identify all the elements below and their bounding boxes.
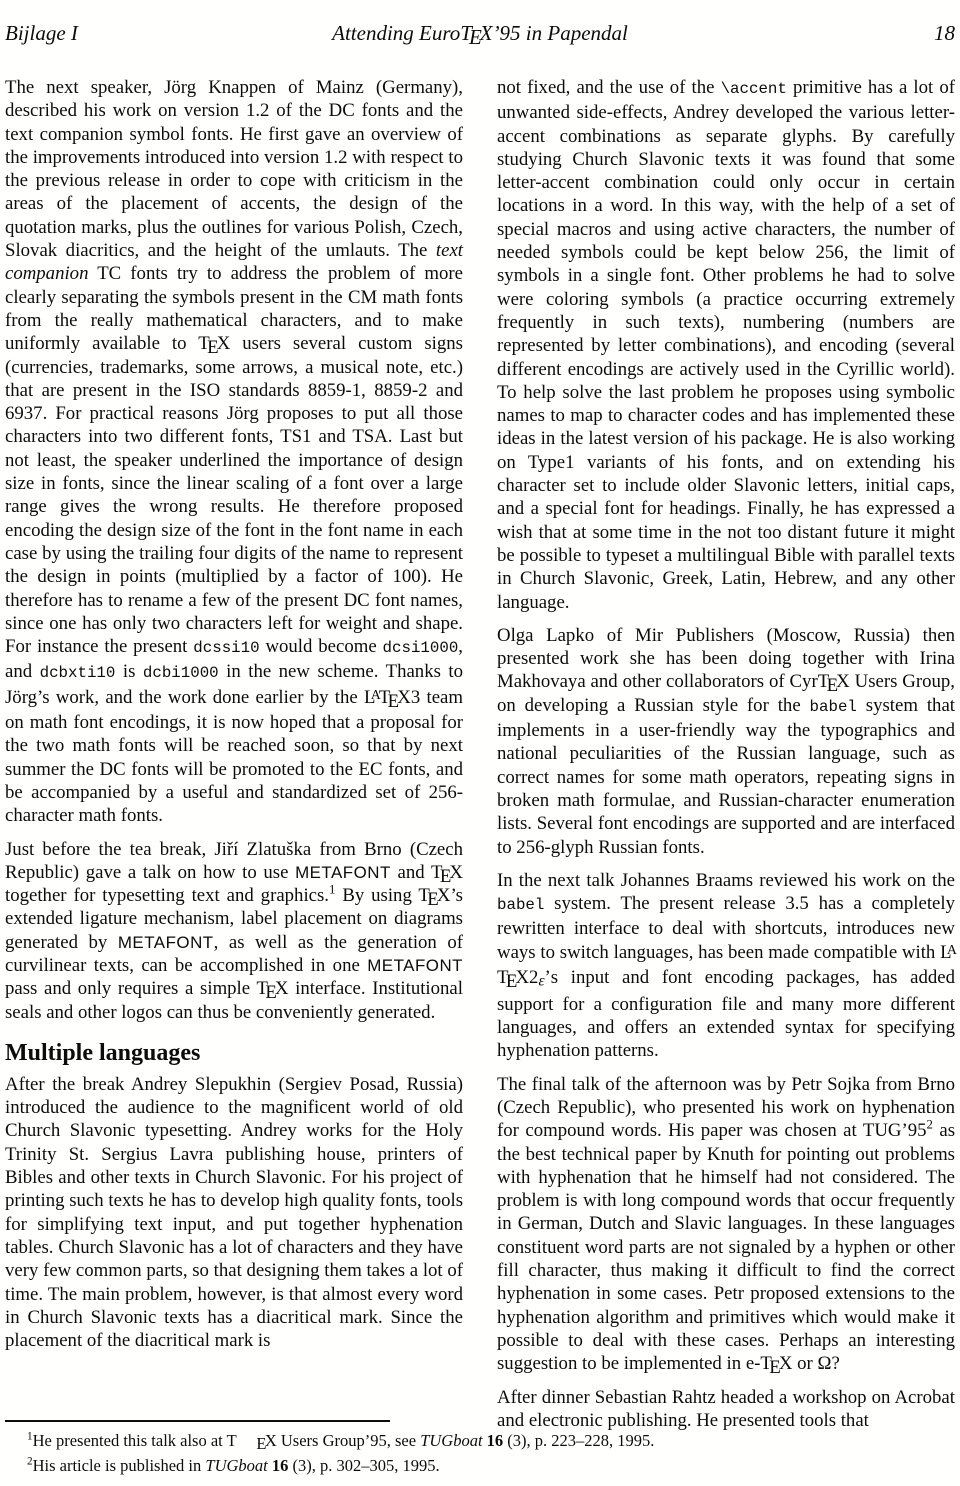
paragraph-johannes-braams: In the next talk Johannes Braams reviewe… bbox=[497, 869, 955, 1063]
left-column: The next speaker, Jörg Knappen of Mainz … bbox=[5, 76, 463, 1442]
header-left-label: Bijlage I bbox=[5, 20, 332, 46]
document-page: Bijlage I Attending EuroTEX’95 in Papend… bbox=[0, 0, 960, 1486]
paragraph-petr-sojka: The final talk of the afternoon was by P… bbox=[497, 1073, 955, 1376]
footnote-rule bbox=[5, 1420, 390, 1422]
footnote-1: 1He presented this talk also at TEX User… bbox=[5, 1429, 955, 1454]
paragraph-church-slavonic: After the break Andrey Slepukhin (Sergie… bbox=[5, 1073, 463, 1353]
footnote-2: 2His article is published in TUGboat 16 … bbox=[5, 1454, 955, 1479]
page-number: 18 bbox=[628, 20, 955, 46]
footnote-block: 1He presented this talk also at TEX User… bbox=[5, 1420, 955, 1478]
two-column-body: The next speaker, Jörg Knappen of Mainz … bbox=[5, 76, 955, 1442]
section-heading-multiple-languages: Multiple languages bbox=[5, 1040, 463, 1066]
paragraph-olga-lapko: Olga Lapko of Mir Publishers (Moscow, Ru… bbox=[497, 624, 955, 859]
right-column: not fixed, and the use of the \accent pr… bbox=[497, 76, 955, 1442]
paragraph-dc-fonts: The next speaker, Jörg Knappen of Mainz … bbox=[5, 76, 463, 828]
paragraph-accent-glyphs: not fixed, and the use of the \accent pr… bbox=[497, 76, 955, 614]
paragraph-metafont-talk: Just before the tea break, Jiří Zlatuška… bbox=[5, 838, 463, 1024]
header-title: Attending EuroTEX’95 in Papendal bbox=[332, 20, 628, 46]
running-header: Bijlage I Attending EuroTEX’95 in Papend… bbox=[5, 20, 955, 46]
